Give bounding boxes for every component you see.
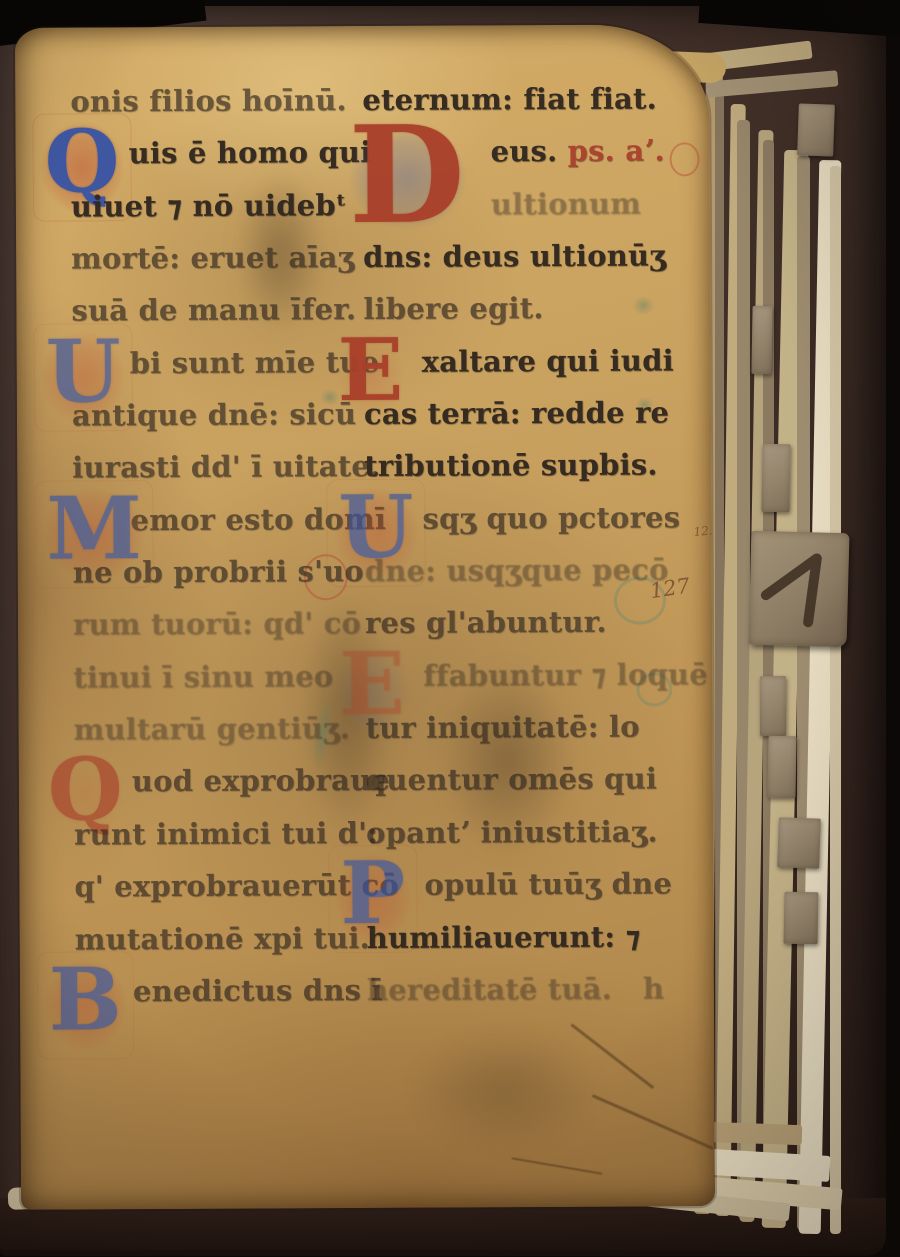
- line-text: rum tuorū: qd' cō: [73, 597, 361, 651]
- line-text: mortē: eruet aīaʒ: [71, 231, 354, 285]
- line-text: dne: usqʒque pecō: [365, 544, 669, 598]
- line-text: tinui ī sinu meo: [73, 650, 333, 704]
- text-line: Deus. ps. aʼ.: [362, 125, 702, 179]
- tab-ink-mark: [749, 531, 850, 648]
- text-line: antique dnē: sicū: [72, 388, 368, 442]
- text-line: uiuet ⁊ nō uidebᵗ: [71, 179, 367, 233]
- text-line: opantʼ iniustitiaʒ.: [366, 805, 706, 859]
- text-line: Populū tuūʒ dne: [366, 857, 706, 911]
- text-line: Usqʒ quo pctores: [364, 491, 704, 545]
- manuscript-photo: onis filios hoīnū.Quis ē homo quiuiuet ⁊…: [0, 0, 900, 1257]
- text-column-right: eternum: fiat fiat.Deus. ps. aʼ.ultionum…: [362, 72, 707, 1016]
- vellum-tab: [767, 736, 796, 798]
- text-line: Memor esto domī: [72, 493, 368, 547]
- vellum-tab-large: [749, 531, 850, 648]
- vellum-tab: [751, 306, 772, 374]
- text-line: cas terrā: redde re: [364, 386, 704, 440]
- folio-annotation: 12.: [693, 523, 713, 539]
- line-text: cas terrā: redde re: [364, 386, 670, 440]
- vellum-tab: [760, 676, 786, 736]
- text-line: Exaltare qui iudi: [364, 334, 704, 388]
- line-text: quentur omēs qui: [366, 753, 658, 807]
- parchment-vein: [592, 1094, 714, 1150]
- text-line: Benedictus dns ī: [75, 964, 371, 1018]
- parchment-vein: [570, 1023, 654, 1089]
- stain: [370, 1005, 641, 1176]
- line-text: uiuet ⁊ nō uidebᵗ: [71, 179, 347, 233]
- vellum-tab: [761, 444, 790, 512]
- line-text: dns: deus ultionūʒ: [363, 229, 666, 283]
- text-line: ultionum: [363, 177, 703, 231]
- line-text: ne ob probrii s'uo: [73, 545, 364, 599]
- text-line: rum tuorū: qd' cō: [73, 597, 369, 651]
- parchment-page: onis filios hoīnū.Quis ē homo quiuiuet ⁊…: [15, 24, 715, 1210]
- line-text: humiliauerunt: ⁊: [367, 910, 641, 964]
- text-line: tur iniquitatē: lo: [365, 700, 705, 754]
- illuminated-initial: B: [49, 957, 122, 1043]
- text-line: ne ob probrii s'uo: [73, 545, 369, 599]
- paper-edge-strip: [830, 166, 841, 1234]
- text-line: Effabuntur ⁊ loquē: [365, 648, 705, 702]
- text-line: tinui ī sinu meo: [73, 650, 369, 704]
- text-line: Quod exprobraue: [74, 754, 370, 808]
- line-text: antique dnē: sicū: [72, 388, 357, 442]
- rubric-text: ps. aʼ.: [557, 134, 665, 169]
- line-text: tur iniquitatē: lo: [365, 701, 639, 755]
- text-line: runt inimici tui d':: [74, 807, 370, 861]
- text-line: dns: deus ultionūʒ: [363, 229, 703, 283]
- text-line: hereditatē tuā. h: [367, 962, 707, 1016]
- text-line: Ubi sunt mīe tue: [72, 336, 368, 390]
- parchment-vein: [511, 1157, 602, 1174]
- line-text: ultionum: [363, 177, 642, 231]
- text-line: q' exprobrauerūt cō: [74, 859, 370, 913]
- line-text: hereditatē tuā. h: [367, 962, 665, 1016]
- page-corner-sliver: [706, 70, 839, 97]
- text-line: mortē: eruet aīaʒ: [71, 231, 367, 285]
- text-line: Quis ē homo qui: [70, 126, 366, 180]
- text-line: quentur omēs qui: [366, 753, 706, 807]
- text-line: humiliauerunt: ⁊: [367, 910, 707, 964]
- vellum-tab: [777, 817, 821, 868]
- vellum-tab: [784, 892, 819, 945]
- vellum-tab: [797, 103, 835, 156]
